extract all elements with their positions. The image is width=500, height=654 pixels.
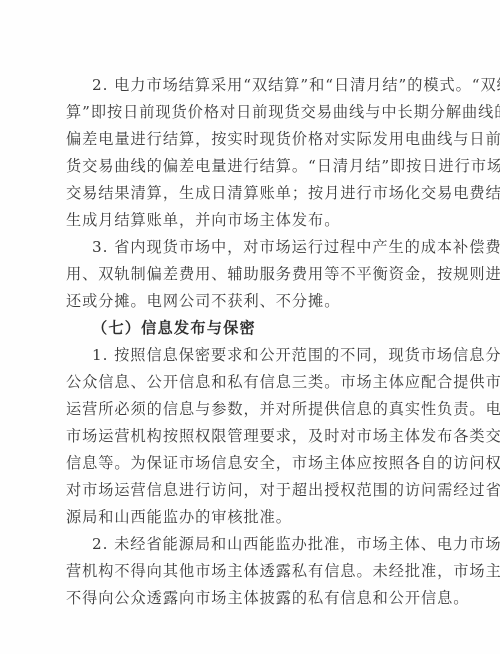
paragraph-settlement-2-line-4: 货交易曲线的偏差电量进行结算。“日清月结”即按日进行市场化	[66, 155, 436, 177]
paragraph-info-1-line-6: 对市场运营信息进行访问，对于超出授权范围的访问需经过省能	[66, 479, 436, 501]
paragraph-info-1-line-1: 1. 按照信息保密要求和公开范围的不同，现货市场信息分为	[92, 344, 436, 366]
paragraph-settlement-3-line-2: 用、双轨制偏差费用、辅助服务费用等不平衡资金，按规则进行返	[66, 263, 436, 285]
paragraph-info-2-line-2: 营机构不得向其他市场主体透露私有信息。未经批准，市场主体	[66, 560, 436, 582]
paragraph-info-1-line-7: 源局和山西能监办的审核批准。	[66, 506, 292, 528]
paragraph-info-2-line-3: 不得向公众透露向市场主体披露的私有信息和公开信息。	[66, 587, 469, 609]
paragraph-settlement-2-line-5: 交易结果清算，生成日清算账单；按月进行市场化交易电费结算，	[66, 182, 436, 204]
paragraph-info-1-line-4: 市场运营机构按照权限管理要求，及时对市场主体发布各类交易	[66, 425, 436, 447]
paragraph-settlement-3-line-3: 还或分摊。电网公司不获利、不分摊。	[66, 290, 340, 312]
paragraph-info-1-line-2: 公众信息、公开信息和私有信息三类。市场主体应配合提供市场	[66, 371, 436, 393]
paragraph-settlement-2-line-2: 算”即按日前现货价格对日前现货交易曲线与中长期分解曲线的	[66, 101, 436, 123]
paragraph-settlement-2-line-6: 生成月结算账单，并向市场主体发布。	[66, 209, 340, 231]
section-heading-info-release: （七）信息发布与保密	[92, 317, 256, 339]
paragraph-settlement-3-line-1: 3. 省内现货市场中，对市场运行过程中产生的成本补偿费	[92, 236, 436, 258]
paragraph-info-2-line-1: 2. 未经省能源局和山西能监办批准，市场主体、电力市场运	[92, 533, 436, 555]
paragraph-info-1-line-3: 运营所必须的信息与参数，并对所提供信息的真实性负责。电力	[66, 398, 436, 420]
paragraph-info-1-line-5: 信息等。为保证市场信息安全，市场主体应按照各自的访问权限	[66, 452, 436, 474]
document-page: 2. 电力市场结算采用“双结算”和“日清月结”的模式。“双结 算”即按日前现货价…	[0, 0, 500, 654]
paragraph-settlement-2-line-1: 2. 电力市场结算采用“双结算”和“日清月结”的模式。“双结	[92, 74, 436, 96]
paragraph-settlement-2-line-3: 偏差电量进行结算，按实时现货价格对实际发用电曲线与日前现	[66, 128, 436, 150]
